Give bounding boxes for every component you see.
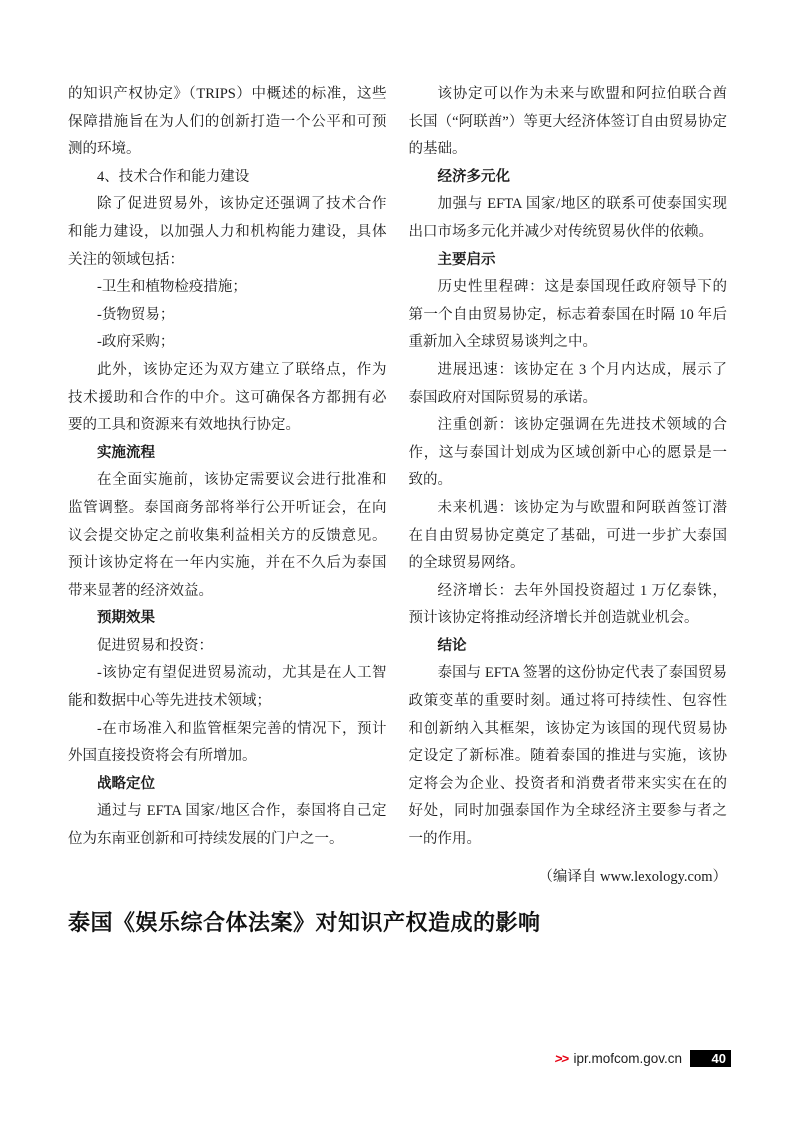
paragraph: -政府采购； — [68, 329, 387, 357]
paragraph: 通过与 EFTA 国家/地区合作，泰国将自己定位为东南亚创新和可持续发展的门户之… — [68, 798, 387, 853]
document-page: 的知识产权协定》（TRIPS）中概述的标准，这些保障措施旨在为人们的创新打造一个… — [0, 0, 794, 1123]
paragraph: -货物贸易； — [68, 302, 387, 330]
footer-site-url: ipr.mofcom.gov.cn — [573, 1051, 682, 1066]
paragraph: 历史性里程碑：这是泰国现任政府领导下的第一个自由贸易协定，标志着泰国在时隔 10… — [409, 274, 728, 357]
paragraph: 进展迅速：该协定在 3 个月内达成，展示了泰国政府对国际贸易的承诺。 — [409, 357, 728, 412]
section-heading: 战略定位 — [68, 771, 387, 799]
paragraph: 除了促进贸易外，该协定还强调了技术合作和能力建设，以加强人力和机构能力建设，具体… — [68, 191, 387, 274]
column-left: 的知识产权协定》（TRIPS）中概述的标准，这些保障措施旨在为人们的创新打造一个… — [68, 81, 387, 891]
paragraph: （编译自 www.lexology.com） — [409, 864, 728, 892]
paragraph: 促进贸易和投资： — [68, 633, 387, 661]
section-heading: 预期效果 — [68, 605, 387, 633]
paragraph: 泰国与 EFTA 签署的这份协定代表了泰国贸易政策变革的重要时刻。通过将可持续性… — [409, 660, 728, 853]
paragraph: 加强与 EFTA 国家/地区的联系可使泰国实现出口市场多元化并减少对传统贸易伙伴… — [409, 191, 728, 246]
paragraph: 4、技术合作和能力建设 — [68, 164, 387, 192]
paragraph: 此外，该协定还为双方建立了联络点，作为技术援助和合作的中介。这可确保各方都拥有必… — [68, 357, 387, 440]
next-article-title: 泰国《娱乐综合体法案》对知识产权造成的影响 — [68, 908, 727, 938]
paragraph: 经济增长：去年外国投资超过 1 万亿泰铢，预计该协定将推动经济增长并创造就业机会… — [409, 578, 728, 633]
paragraph: 的知识产权协定》（TRIPS）中概述的标准，这些保障措施旨在为人们的创新打造一个… — [68, 81, 387, 164]
section-heading: 实施流程 — [68, 440, 387, 468]
section-heading: 结论 — [409, 633, 728, 661]
double-chevron-icon: >> — [554, 1051, 569, 1066]
paragraph: 注重创新：该协定强调在先进技术领域的合作，这与泰国计划成为区域创新中心的愿景是一… — [409, 412, 728, 495]
paragraph: -卫生和植物检疫措施； — [68, 274, 387, 302]
paragraph: 在全面实施前，该协定需要议会进行批准和监管调整。泰国商务部将举行公开听证会，在向… — [68, 467, 387, 605]
paragraph: -在市场准入和监管框架完善的情况下，预计外国直接投资将会有所增加。 — [68, 716, 387, 771]
section-heading: 经济多元化 — [409, 164, 728, 192]
page-footer: >> ipr.mofcom.gov.cn 40 — [555, 1050, 731, 1067]
paragraph: 未来机遇：该协定为与欧盟和阿联酋签订潜在自由贸易协定奠定了基础，可进一步扩大泰国… — [409, 495, 728, 578]
paragraph: -该协定有望促进贸易流动，尤其是在人工智能和数据中心等先进技术领域； — [68, 660, 387, 715]
section-heading: 主要启示 — [409, 247, 728, 275]
article-columns: 的知识产权协定》（TRIPS）中概述的标准，这些保障措施旨在为人们的创新打造一个… — [68, 81, 727, 891]
page-number-badge: 40 — [690, 1050, 731, 1067]
column-right: 该协定可以作为未来与欧盟和阿拉伯联合酋长国（“阿联酋”）等更大经济体签订自由贸易… — [409, 81, 728, 891]
paragraph: 该协定可以作为未来与欧盟和阿拉伯联合酋长国（“阿联酋”）等更大经济体签订自由贸易… — [409, 81, 728, 164]
